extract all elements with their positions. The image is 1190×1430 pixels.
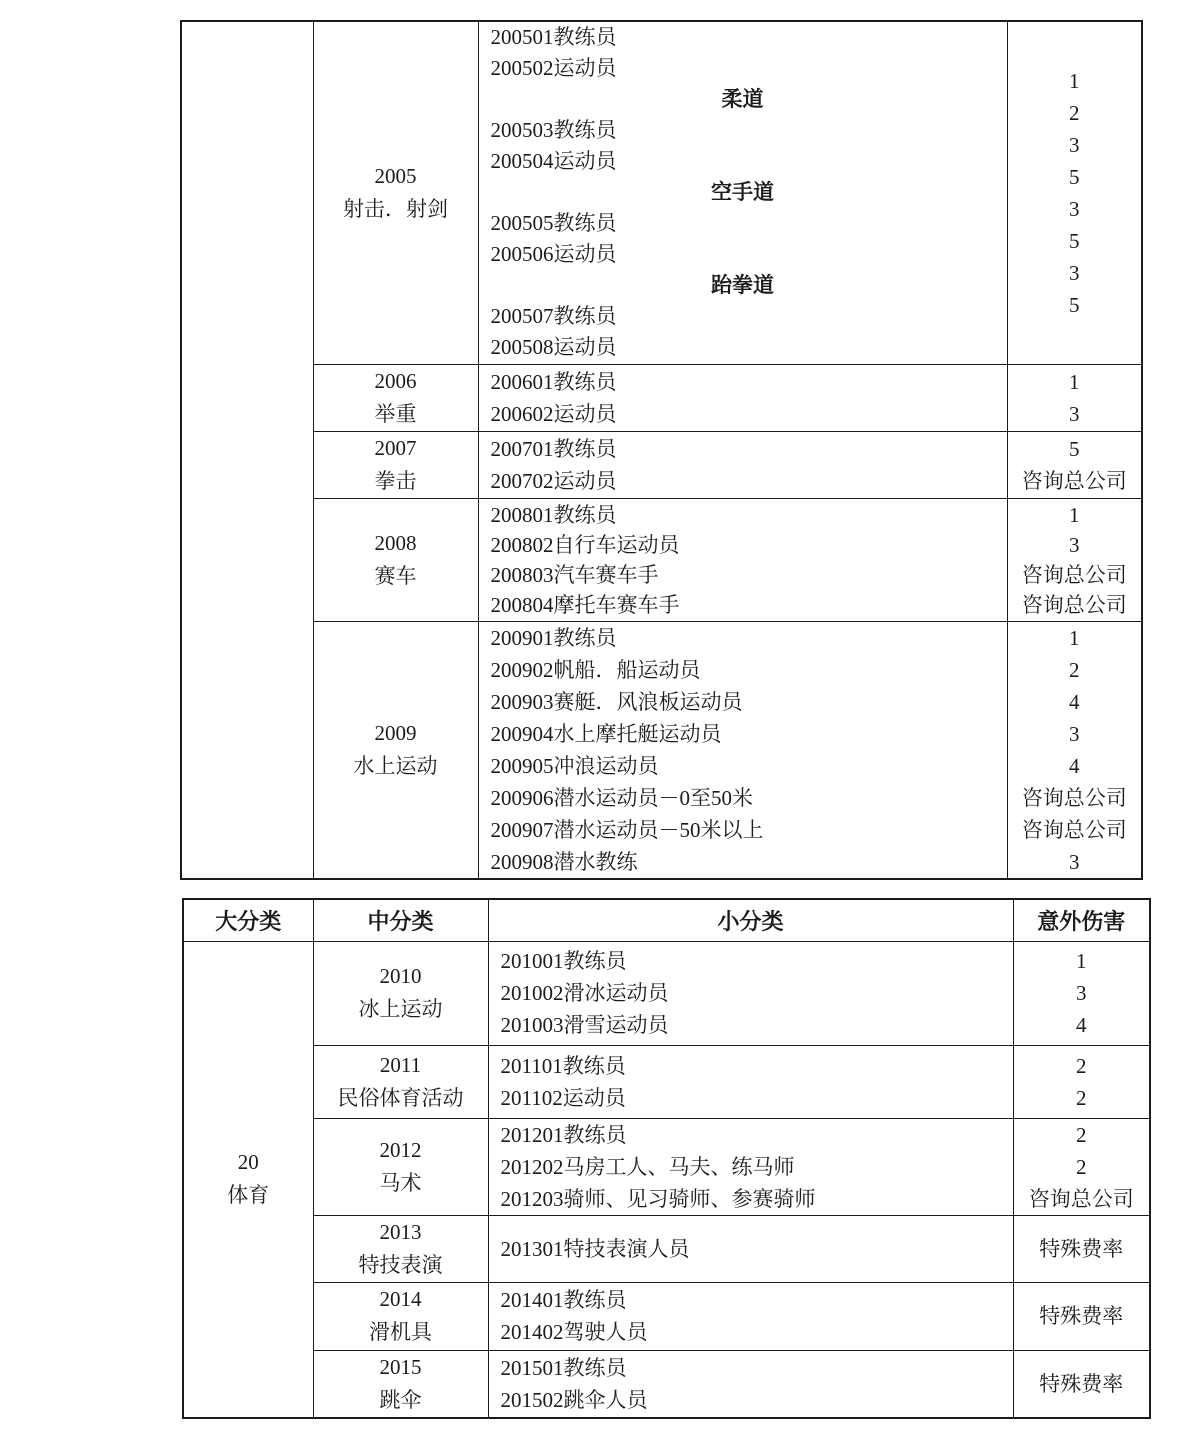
mid-category-code: 2012 — [314, 1134, 488, 1167]
injury-value: 特殊费率 — [1014, 1300, 1150, 1332]
mid-category-code: 2006 — [314, 365, 478, 398]
sub-category-line: 200501教练员 — [479, 22, 1007, 53]
sub-category-cell: 201301特技表演人员 — [488, 1215, 1013, 1282]
sub-category-cell: 200701教练员 200702运动员 — [478, 431, 1007, 498]
sport-group-heading: 空手道 — [479, 177, 1007, 208]
sub-category-line: 201002滑冰运动员 — [489, 977, 1013, 1009]
injury-cell: 5 咨询总公司 — [1007, 431, 1142, 498]
header-mid-category: 中分类 — [313, 899, 488, 941]
sub-category-line: 200503教练员 — [479, 115, 1007, 146]
table-row: 2014 滑机具 201401教练员 201402驾驶人员 特殊费率 — [183, 1282, 1150, 1350]
injury-value: 2 — [1008, 97, 1142, 129]
injury-value: 5 — [1008, 289, 1142, 321]
sub-category-line: 201502跳伞人员 — [489, 1384, 1013, 1416]
mid-category-code: 2007 — [314, 432, 478, 465]
injury-cell: 1 2 3 5 3 5 3 5 — [1007, 21, 1142, 364]
injury-cell: 特殊费率 — [1013, 1282, 1150, 1350]
mid-category-cell: 2009 水上运动 — [313, 621, 478, 879]
injury-value: 咨询总公司 — [1008, 465, 1142, 497]
injury-value: 3 — [1008, 129, 1142, 161]
injury-value: 咨询总公司 — [1008, 560, 1142, 590]
mid-category-name: 拳击 — [314, 465, 478, 498]
table-row: 2007 拳击 200701教练员 200702运动员 5 咨询总公司 — [181, 431, 1142, 498]
injury-value: 咨询总公司 — [1008, 814, 1142, 846]
sub-category-line: 201102运动员 — [489, 1082, 1013, 1114]
mid-category-cell: 2014 滑机具 — [313, 1282, 488, 1350]
mid-category-name: 跳伞 — [314, 1384, 488, 1417]
sub-category-line: 200803汽车赛车手 — [479, 560, 1007, 590]
mid-category-cell: 2015 跳伞 — [313, 1350, 488, 1418]
sub-category-line: 200903赛艇．风浪板运动员 — [479, 686, 1007, 718]
sub-category-line: 201003滑雪运动员 — [489, 1009, 1013, 1041]
injury-value: 5 — [1008, 433, 1142, 465]
mid-category-code: 2015 — [314, 1351, 488, 1384]
injury-value: 4 — [1014, 1009, 1150, 1041]
sub-category-line: 200502运动员 — [479, 53, 1007, 84]
sub-category-line: 201101教练员 — [489, 1050, 1013, 1082]
mid-category-name: 民俗体育活动 — [314, 1082, 488, 1115]
mid-category-cell: 2006 举重 — [313, 364, 478, 431]
header-sub-category: 小分类 — [488, 899, 1013, 941]
sub-category-line: 200904水上摩托艇运动员 — [479, 718, 1007, 750]
table-row: 2006 举重 200601教练员 200602运动员 1 3 — [181, 364, 1142, 431]
mid-category-name: 赛车 — [314, 560, 478, 593]
injury-value: 2 — [1014, 1119, 1150, 1151]
major-category-cell-empty — [181, 21, 313, 879]
mid-category-code: 2005 — [314, 160, 478, 193]
mid-category-cell: 2007 拳击 — [313, 431, 478, 498]
sub-category-line: 200804摩托车赛车手 — [479, 590, 1007, 620]
mid-category-cell: 2008 赛车 — [313, 498, 478, 621]
table-row: 2008 赛车 200801教练员 200802自行车运动员 200803汽车赛… — [181, 498, 1142, 621]
sub-category-line: 200802自行车运动员 — [479, 530, 1007, 560]
injury-cell: 1 3 咨询总公司 咨询总公司 — [1007, 498, 1142, 621]
table-row: 20 体育 2010 冰上运动 201001教练员 201002滑冰运动员 20… — [183, 941, 1150, 1045]
header-accident-injury: 意外伤害 — [1013, 899, 1150, 941]
sub-category-line: 200908潜水教练 — [479, 846, 1007, 878]
table-row: 2005 射击．射剑 200501教练员 200502运动员 柔道 200503… — [181, 21, 1142, 364]
header-row: 大分类 中分类 小分类 意外伤害 — [183, 899, 1150, 941]
injury-cell: 2 2 咨询总公司 — [1013, 1118, 1150, 1215]
injury-value: 2 — [1014, 1151, 1150, 1183]
injury-value: 特殊费率 — [1014, 1368, 1150, 1400]
mid-category-name: 滑机具 — [314, 1316, 488, 1349]
injury-value: 1 — [1008, 500, 1142, 530]
table-row: 2012 马术 201201教练员 201202马房工人、马夫、练马师 2012… — [183, 1118, 1150, 1215]
injury-value: 2 — [1014, 1050, 1150, 1082]
mid-category-name: 冰上运动 — [314, 993, 488, 1026]
sub-category-line: 201201教练员 — [489, 1119, 1013, 1151]
injury-value: 3 — [1014, 977, 1150, 1009]
injury-value: 特殊费率 — [1014, 1233, 1150, 1265]
injury-cell: 1 2 4 3 4 咨询总公司 咨询总公司 3 — [1007, 621, 1142, 879]
injury-value: 1 — [1008, 65, 1142, 97]
injury-value: 3 — [1008, 193, 1142, 225]
injury-value: 4 — [1008, 686, 1142, 718]
injury-value: 3 — [1008, 846, 1142, 878]
sub-category-line: 200902帆船．船运动员 — [479, 654, 1007, 686]
mid-category-code: 2008 — [314, 527, 478, 560]
injury-cell: 特殊费率 — [1013, 1215, 1150, 1282]
sub-category-line: 200506运动员 — [479, 239, 1007, 270]
sub-category-cell: 200501教练员 200502运动员 柔道 200503教练员 200504运… — [478, 21, 1007, 364]
sub-category-cell: 201001教练员 201002滑冰运动员 201003滑雪运动员 — [488, 941, 1013, 1045]
mid-category-code: 2014 — [314, 1283, 488, 1316]
table-row: 2009 水上运动 200901教练员 200902帆船．船运动员 200903… — [181, 621, 1142, 879]
injury-value: 咨询总公司 — [1008, 782, 1142, 814]
mid-category-name: 水上运动 — [314, 750, 478, 783]
injury-value: 1 — [1008, 622, 1142, 654]
document-page: 2005 射击．射剑 200501教练员 200502运动员 柔道 200503… — [0, 0, 1190, 1430]
sub-category-line: 201203骑师、见习骑师、参赛骑师 — [489, 1183, 1013, 1215]
sub-category-line: 200601教练员 — [479, 366, 1007, 398]
sub-category-line: 201401教练员 — [489, 1284, 1013, 1316]
injury-value: 1 — [1008, 366, 1142, 398]
sub-category-line: 200905冲浪运动员 — [479, 750, 1007, 782]
sub-category-cell: 200901教练员 200902帆船．船运动员 200903赛艇．风浪板运动员 … — [478, 621, 1007, 879]
injury-value: 1 — [1014, 945, 1150, 977]
injury-cell: 1 3 4 — [1013, 941, 1150, 1045]
sub-category-line: 200504运动员 — [479, 146, 1007, 177]
sub-category-cell: 201501教练员 201502跳伞人员 — [488, 1350, 1013, 1418]
injury-value: 咨询总公司 — [1014, 1183, 1150, 1215]
mid-category-name: 射击．射剑 — [314, 193, 478, 226]
mid-category-name: 举重 — [314, 398, 478, 431]
sub-category-line: 201301特技表演人员 — [489, 1233, 1013, 1265]
mid-category-code: 2009 — [314, 717, 478, 750]
classification-table-lower: 大分类 中分类 小分类 意外伤害 20 体育 2010 冰上运动 201001教… — [182, 898, 1151, 1419]
mid-category-code: 2011 — [314, 1049, 488, 1082]
injury-value: 4 — [1008, 750, 1142, 782]
sub-category-line: 200907潜水运动员－50米以上 — [479, 814, 1007, 846]
sport-group-heading: 柔道 — [479, 84, 1007, 115]
injury-value: 3 — [1008, 257, 1142, 289]
mid-category-cell: 2013 特技表演 — [313, 1215, 488, 1282]
sub-category-line: 200901教练员 — [479, 622, 1007, 654]
classification-table-upper: 2005 射击．射剑 200501教练员 200502运动员 柔道 200503… — [180, 20, 1143, 880]
mid-category-cell: 2010 冰上运动 — [313, 941, 488, 1045]
injury-cell: 特殊费率 — [1013, 1350, 1150, 1418]
sub-category-line: 201001教练员 — [489, 945, 1013, 977]
mid-category-name: 马术 — [314, 1167, 488, 1200]
sub-category-cell: 201101教练员 201102运动员 — [488, 1045, 1013, 1118]
injury-value: 咨询总公司 — [1008, 590, 1142, 620]
table-row: 2011 民俗体育活动 201101教练员 201102运动员 2 2 — [183, 1045, 1150, 1118]
sub-category-line: 200701教练员 — [479, 433, 1007, 465]
sub-category-line: 200505教练员 — [479, 208, 1007, 239]
injury-value: 3 — [1008, 718, 1142, 750]
injury-value: 3 — [1008, 530, 1142, 560]
sub-category-line: 201501教练员 — [489, 1352, 1013, 1384]
sub-category-line: 200702运动员 — [479, 465, 1007, 497]
injury-value: 5 — [1008, 161, 1142, 193]
sub-category-cell: 201401教练员 201402驾驶人员 — [488, 1282, 1013, 1350]
mid-category-cell: 2011 民俗体育活动 — [313, 1045, 488, 1118]
major-category-name: 体育 — [184, 1179, 313, 1212]
sub-category-line: 201202马房工人、马夫、练马师 — [489, 1151, 1013, 1183]
injury-value: 2 — [1008, 654, 1142, 686]
sub-category-line: 200801教练员 — [479, 500, 1007, 530]
mid-category-code: 2013 — [314, 1216, 488, 1249]
injury-cell: 1 3 — [1007, 364, 1142, 431]
table-row: 2013 特技表演 201301特技表演人员 特殊费率 — [183, 1215, 1150, 1282]
sub-category-cell: 200601教练员 200602运动员 — [478, 364, 1007, 431]
sub-category-line: 200508运动员 — [479, 332, 1007, 363]
sub-category-line: 200602运动员 — [479, 398, 1007, 430]
mid-category-cell: 2012 马术 — [313, 1118, 488, 1215]
injury-cell: 2 2 — [1013, 1045, 1150, 1118]
sub-category-line: 200507教练员 — [479, 301, 1007, 332]
sport-group-heading: 跆拳道 — [479, 270, 1007, 301]
header-major-category: 大分类 — [183, 899, 313, 941]
sub-category-line: 201402驾驶人员 — [489, 1316, 1013, 1348]
mid-category-cell: 2005 射击．射剑 — [313, 21, 478, 364]
sub-category-cell: 200801教练员 200802自行车运动员 200803汽车赛车手 20080… — [478, 498, 1007, 621]
injury-value: 5 — [1008, 225, 1142, 257]
sub-category-line: 200906潜水运动员－0至50米 — [479, 782, 1007, 814]
major-category-code: 20 — [184, 1146, 313, 1179]
injury-value: 2 — [1014, 1082, 1150, 1114]
sub-category-cell: 201201教练员 201202马房工人、马夫、练马师 201203骑师、见习骑… — [488, 1118, 1013, 1215]
mid-category-name: 特技表演 — [314, 1249, 488, 1282]
injury-value: 3 — [1008, 398, 1142, 430]
major-category-cell: 20 体育 — [183, 941, 313, 1418]
table-row: 2015 跳伞 201501教练员 201502跳伞人员 特殊费率 — [183, 1350, 1150, 1418]
mid-category-code: 2010 — [314, 960, 488, 993]
